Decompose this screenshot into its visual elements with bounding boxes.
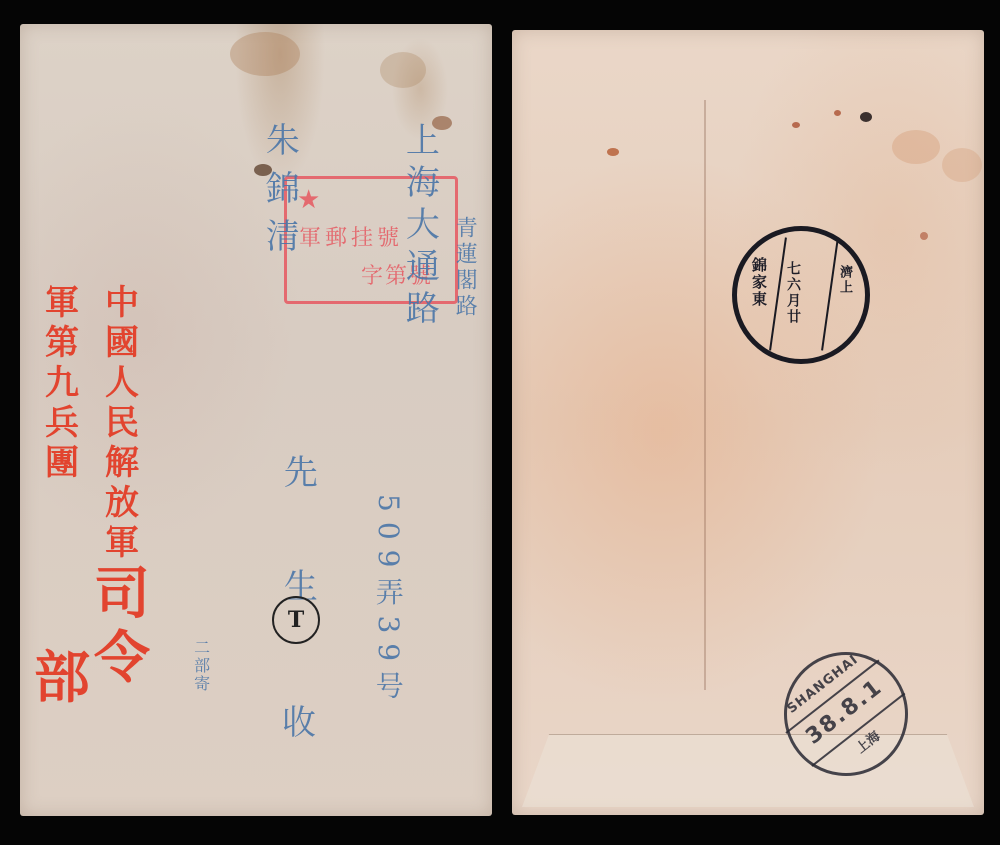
registration-stamp-line1: 軍郵挂號 <box>299 221 403 252</box>
recipient-honorific: 先生 <box>278 454 315 682</box>
address-city: 上海大通路 <box>400 122 437 332</box>
tax-mark: T <box>272 596 320 644</box>
star-icon: ★ <box>297 185 320 215</box>
origin-postmark: 錦家東 七六月廿 濟上 <box>732 226 870 364</box>
stain <box>920 232 928 240</box>
address-street-note: 青蓮閣路 <box>452 216 476 320</box>
chop-char: 軍 <box>105 526 139 566</box>
origin-postmark-code: 濟上 <box>835 265 854 295</box>
closing-text: 收 <box>276 704 313 746</box>
chop-char: 兵 <box>45 406 79 446</box>
recipient-name: 朱錦清 <box>260 122 297 266</box>
stain <box>792 122 800 128</box>
chop-char: 民 <box>105 406 139 446</box>
stain <box>892 130 940 164</box>
stain <box>380 52 426 88</box>
chop-column-right: 中 國 人 民 解 放 軍 司 令 <box>94 286 150 714</box>
stain <box>860 112 872 122</box>
chop-char: 司 <box>94 566 150 630</box>
chop-char: 部 <box>34 650 90 714</box>
sender-chop: 中 國 人 民 解 放 軍 司 令 軍 第 九 兵 團 部 <box>34 286 150 714</box>
chop-column-left: 軍 第 九 兵 團 部 <box>34 286 90 714</box>
chop-char: 令 <box>94 630 150 694</box>
chop-char: 放 <box>105 486 139 526</box>
chop-char: 國 <box>105 326 139 366</box>
envelope-flap <box>522 734 974 807</box>
origin-postmark-place: 錦家東 <box>749 257 770 308</box>
chop-char: 九 <box>45 366 79 406</box>
chop-char: 軍 <box>45 286 79 326</box>
address-number: 509弄39号 <box>372 494 403 709</box>
chop-char: 解 <box>105 446 139 486</box>
chop-char: 中 <box>105 286 139 326</box>
stain <box>942 148 982 182</box>
envelope-back: 錦家東 七六月廿 濟上 SHANGHAI 38.8.1 上海 <box>512 30 984 815</box>
chop-char: 團 <box>45 446 79 486</box>
address-road-text: 大通路 <box>399 206 439 332</box>
sender-note: 二部寄 <box>192 639 210 693</box>
envelope-front: 中 國 人 民 解 放 軍 司 令 軍 第 九 兵 團 部 ★ 軍郵挂號 字第號… <box>20 24 492 816</box>
address-city-text: 上海 <box>399 122 439 206</box>
stain <box>607 148 619 156</box>
chop-char: 第 <box>45 326 79 366</box>
origin-postmark-date: 七六月廿 <box>783 261 803 325</box>
fold-line <box>704 100 706 690</box>
chop-char: 人 <box>105 366 139 406</box>
stain <box>834 110 841 116</box>
stain <box>230 32 300 76</box>
